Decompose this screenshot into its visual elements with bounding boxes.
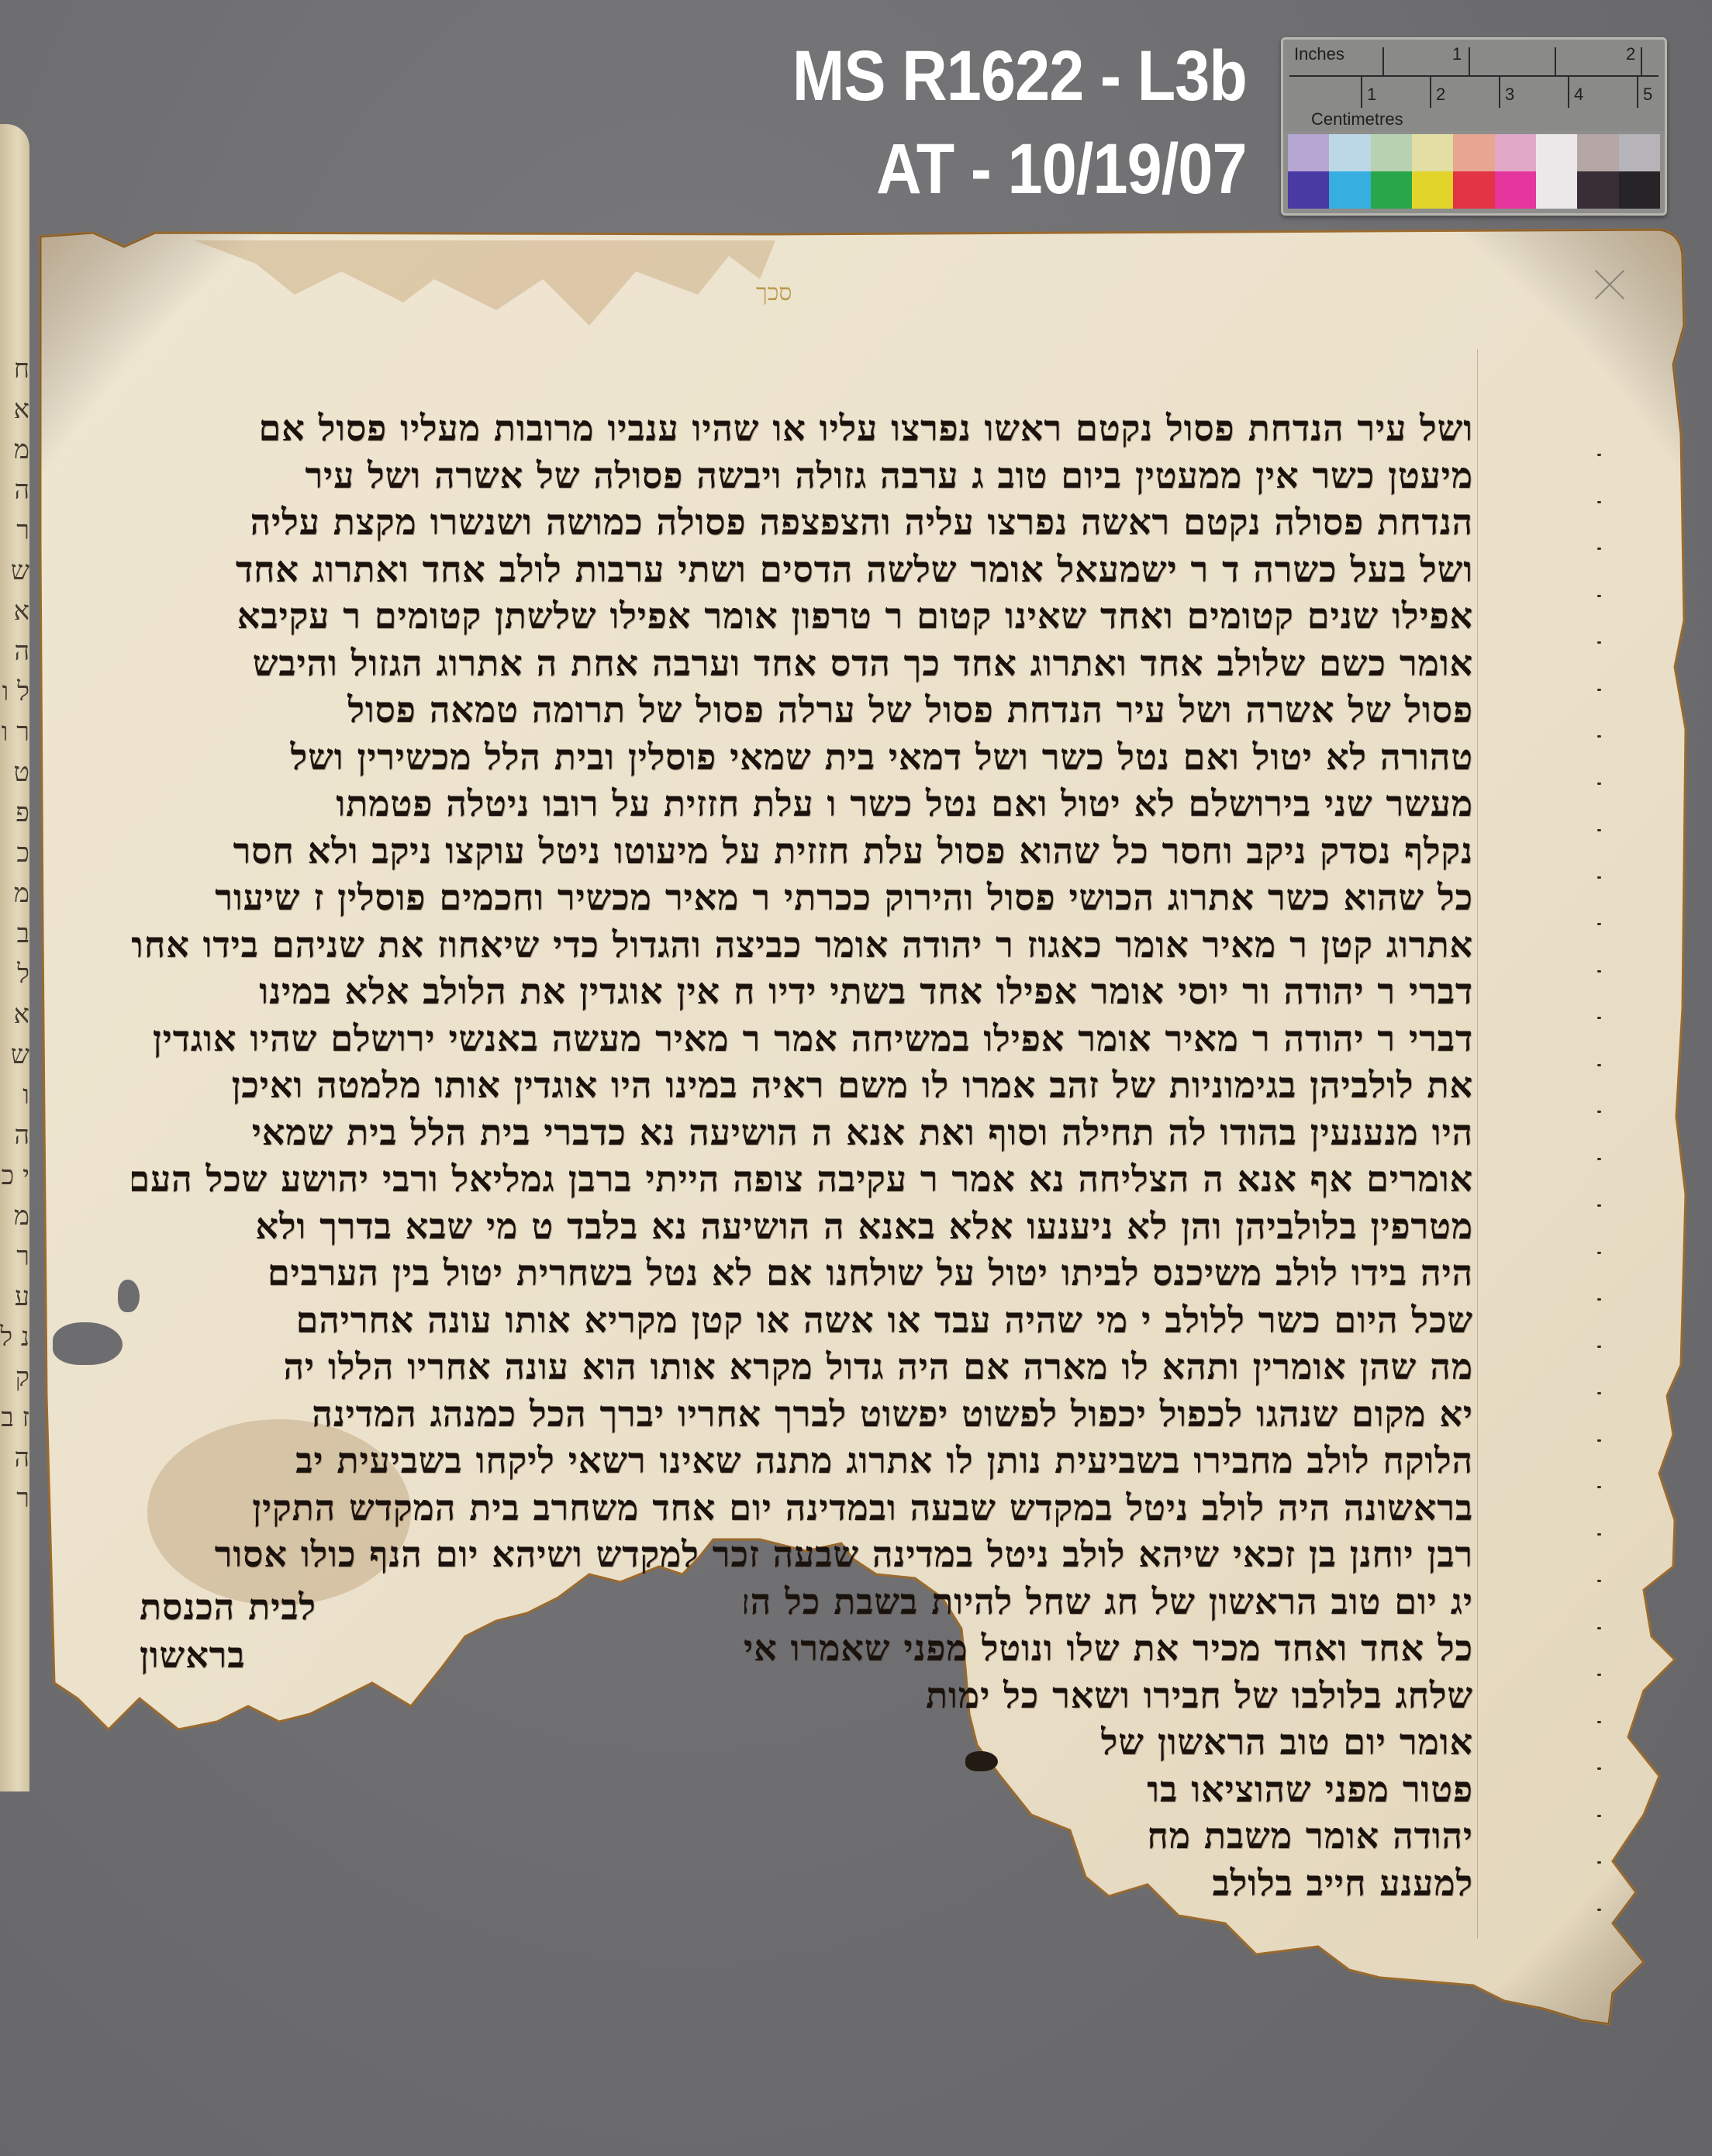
manuscript-line: מיעטן כשר אין ממעטין ביום טוב ג ערבה גזו… (132, 451, 1473, 500)
pricking-hole (1597, 1627, 1601, 1629)
manuscript-line: שלחג בלולבו של חבירו ושאר כל ימות החג יו… (915, 1671, 1473, 1720)
manuscript-line: כל אחד ואחד מכיר את שלו ונוטל מפני שאמרו… (744, 1623, 1473, 1673)
pricking-hole (1597, 548, 1601, 550)
manuscript-line: יג יום טוב הראשון של חג שחל להיות בשבת כ… (744, 1577, 1473, 1626)
manuscript-line: אומרים אף אנא ה הצליחה נא אמר ר עקיבה צו… (132, 1154, 1473, 1204)
manuscript-line: מה שהן אומרין ותהא לו מארה אם היה גדול מ… (132, 1342, 1473, 1391)
pricking-hole (1597, 1439, 1601, 1442)
pricking-hole (1597, 641, 1601, 644)
pricking-hole (1597, 829, 1601, 831)
pricking-hole (1597, 1815, 1601, 1817)
pricking-hole (1597, 1204, 1601, 1207)
margin-x-mark (1593, 268, 1627, 302)
manuscript-line: טהורה לא יטול ואם נטל כשר ושל דמאי בית ש… (132, 732, 1473, 782)
pricking-hole (1597, 1346, 1601, 1348)
manuscript-line: מעשר שני בירושלם לא יטול ואם נטל כשר ו ע… (132, 779, 1473, 828)
pricking-hole (1597, 454, 1601, 456)
manuscript-line: דברי ר יהודה ור יוסי אומר אפילו אחד בשתי… (132, 966, 1473, 1016)
pricking-hole (1597, 735, 1601, 738)
manuscript-line: היו מנענעין בהודו לה תחילה וסוף ואת אנא … (132, 1107, 1473, 1157)
pricking-hole (1597, 1158, 1601, 1160)
pricking-hole (1597, 970, 1601, 973)
manuscript-line: אתרוג קטן ר מאיר אומר כאגוז ר יהודה אומר… (132, 920, 1473, 969)
pricking-hole (1597, 1017, 1601, 1019)
pricking-hole (1597, 783, 1601, 785)
manuscript-fragment: לבית הכנסת (140, 1582, 465, 1632)
manuscript-line: נקלף נסדק ניקב וחסר כל שהוא פסול עלת חזז… (132, 826, 1473, 876)
pricking-hole (1597, 1767, 1601, 1770)
ink-blot (965, 1751, 998, 1771)
pricking-hole (1597, 1064, 1601, 1066)
manuscript-line: את לולביהן בגימוניות של זהב אמרו לו משם … (132, 1060, 1473, 1110)
manuscript-line: יהודה אומר משבת מחזירין ביום טוב (1148, 1811, 1473, 1861)
manuscript-line: פסול של אשרה ושל עיר הנדחת פסול של ערלה … (132, 685, 1473, 734)
manuscript-line: כל שהוא כשר אתרוג הכושי פסול והירוק ככרת… (132, 872, 1473, 922)
manuscript-line: יא מקום שנהגו לכפול יכפול לפשוט יפשוט לב… (132, 1389, 1473, 1439)
pricking-hole (1597, 1298, 1601, 1301)
manuscript-line: אפילו שנים קטומים ואחד שאינו קטום ר טרפו… (132, 591, 1473, 641)
manuscript-line: אומר כשם שלולב אחד ואתרוג אחד כך הדס אחד… (132, 638, 1473, 688)
pricking-hole (1597, 595, 1601, 597)
manuscript-line: הלוקח לולב מחבירו בשביעית נותן לו אתרוג … (132, 1436, 1473, 1485)
pricking-hole (1597, 923, 1601, 925)
manuscript-line: ושל עיר הנדחת פסול נקטם ראשו נפרצו עליו … (132, 403, 1473, 453)
pricking-hole (1597, 876, 1601, 879)
manuscript-line: בראשונה היה לולב ניטל במקדש שבעה ובמדינה… (132, 1483, 1473, 1532)
pricking-hole (1597, 501, 1601, 503)
pricking-hole (1597, 1533, 1601, 1536)
pricking-hole (1597, 1392, 1601, 1394)
manuscript-line: היה בידו לולב משיכנס לביתו יטול על שולחנ… (132, 1248, 1473, 1297)
manuscript-line: שכל היום כשר ללולב י מי שהיה עבד או אשה … (132, 1295, 1473, 1345)
pricking-hole (1597, 1721, 1601, 1723)
pricking-hole (1597, 1909, 1601, 1911)
pricking-hole (1597, 689, 1601, 691)
manuscript-line: למענע חייב בלולב פרק ג הח (1202, 1858, 1473, 1908)
manuscript-line: רבן יוחנן בן זכאי שיהא לולב ניטל במדינה … (132, 1529, 1473, 1579)
manuscript-line: אומר יום טוב הראשון שלחג שחל להיות (1101, 1717, 1473, 1767)
parchment-hole (53, 1322, 123, 1365)
pricking-hole (1597, 1674, 1601, 1676)
pricking-hole (1597, 1580, 1601, 1582)
pricking-hole (1597, 1111, 1601, 1113)
pricking-hole (1597, 1252, 1601, 1254)
folio-number: סכך (756, 279, 792, 306)
manuscript-line: הנדחת פסולה נקטם ראשה נפרצו עליה והצפצפה… (132, 497, 1473, 547)
pricking-hole (1597, 1486, 1601, 1488)
manuscript-line: דברי ר יהודה ר מאיר אומר אפילו במשיחה אמ… (132, 1014, 1473, 1063)
manuscript-fragment: בראשון (140, 1630, 465, 1680)
manuscript-line: מטרפין בלולביהן והן לא ניענעו אלא באנא ה… (132, 1201, 1473, 1251)
manuscript-line: פטור מפני שהוציאו ברשות מקבל (1148, 1764, 1473, 1814)
margin-ruling (1477, 349, 1478, 1939)
manuscript-line: ושל בעל כשרה ד ר ישמעאל אומר שלשה הדסים … (132, 544, 1473, 594)
pricking-hole (1597, 1861, 1601, 1864)
